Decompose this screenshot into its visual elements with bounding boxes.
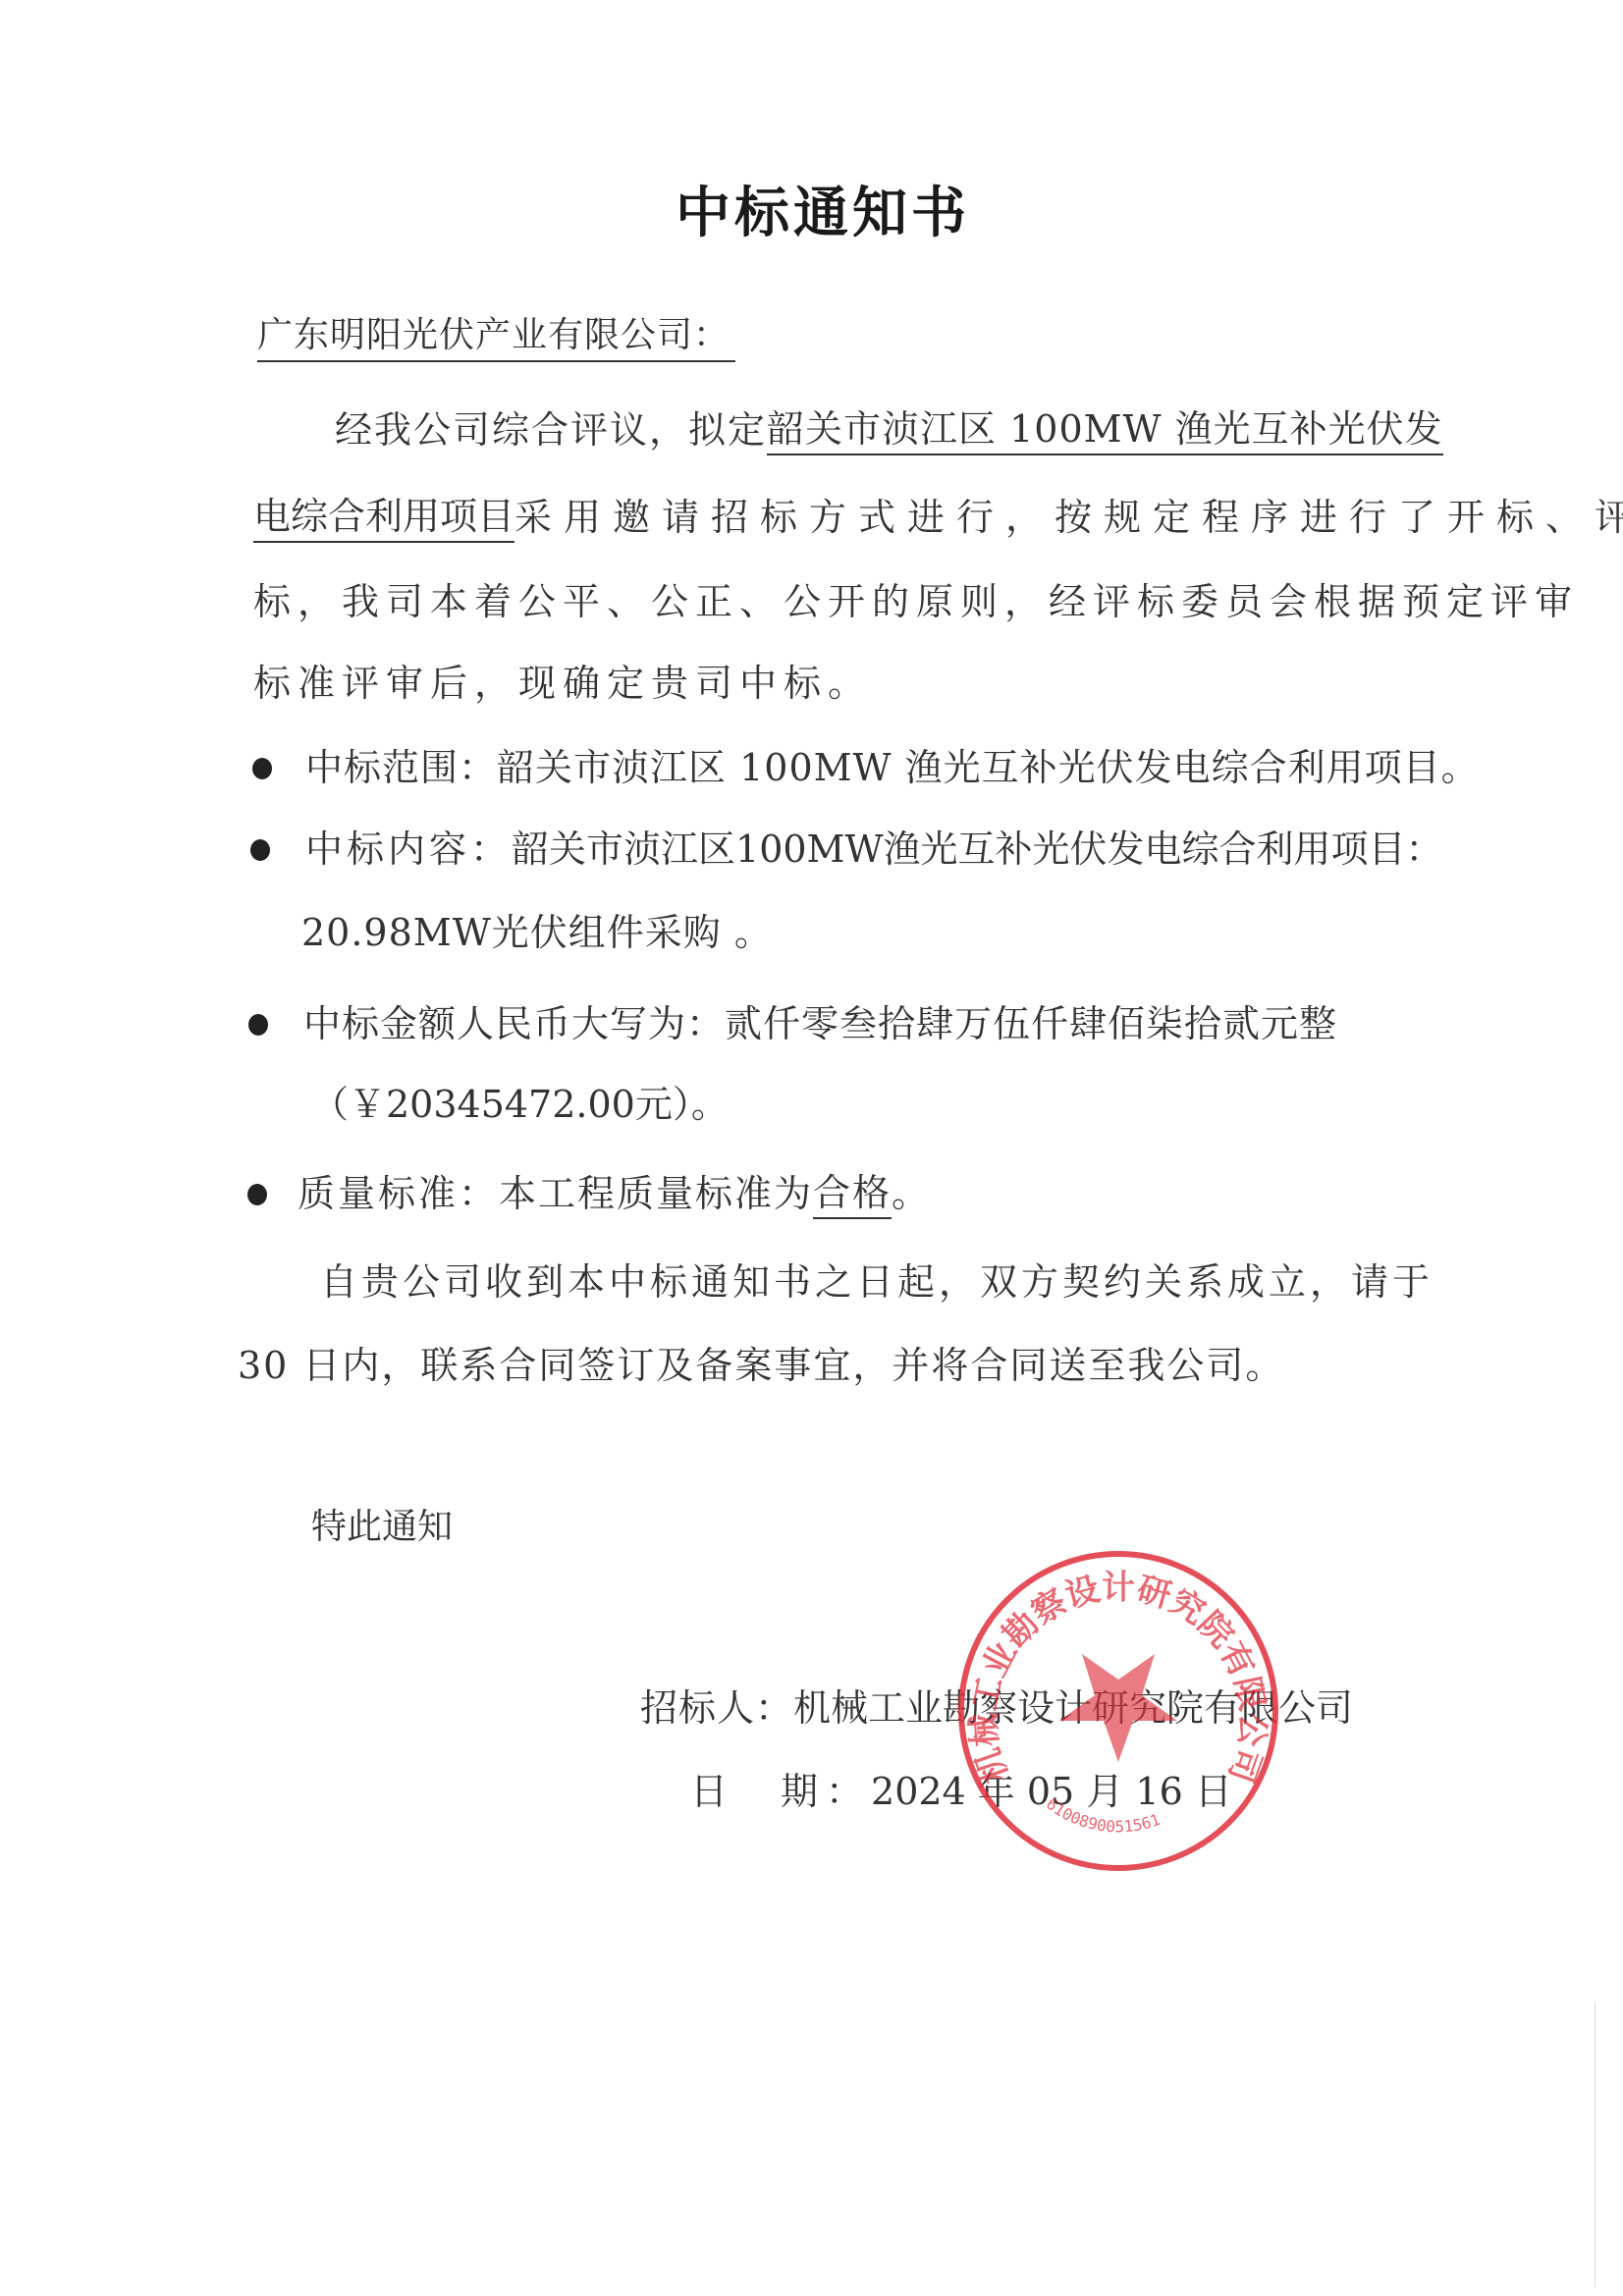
- paragraph-1-line-4: 标准评审后，现确定贵司中标。: [253, 659, 941, 708]
- addressee: 广东明阳光伏产业有限公司：: [257, 312, 750, 361]
- paragraph-2-line-1: 自贵公司收到本中标通知书之日起，双方契约关系成立，请于: [320, 1257, 1376, 1307]
- bullet-3-amount-in-words: 贰仟零叁拾肆万伍仟肆佰柒拾贰元整: [725, 999, 1337, 1048]
- paragraph-1-line-3-text: 标，我司本着公平、公正、公开的原则，经评标委员会根据预定评审: [253, 577, 1579, 626]
- paragraph-1-line-2: 电综合利用项目 采用邀请招标方式进行，按规定程序进行了开标、评: [253, 493, 1404, 542]
- paragraph-1-prefix: 经我公司综合评议，拟定: [335, 405, 767, 454]
- bullet-2-continuation: 20.98MW光伏组件采购 。: [301, 908, 891, 957]
- document-page: 中标通知书 广东明阳光伏产业有限公司： 经我公司综合评议，拟定 韶关市浈江区 1…: [0, 0, 1623, 2296]
- issuer-name: 机械工业勘察设计研究院有限公司: [793, 1683, 1353, 1733]
- bullet-1-label: 中标范围：: [305, 743, 497, 792]
- stamp-ring-text: 机械工业勘察设计研究院有限公司: [964, 1569, 1272, 1788]
- paragraph-1-line-1: 经我公司综合评议，拟定 韶关市浈江区 100MW 渔光互补光伏发: [335, 405, 1384, 454]
- bullet-3-continuation: （￥20345472.00元）。: [311, 1080, 802, 1129]
- bullet-3-label: 中标金额人民币大写为：: [303, 999, 725, 1048]
- closing-remark-text: 特此通知: [311, 1503, 453, 1552]
- addressee-text: 广东明阳光伏产业有限公司：: [257, 311, 735, 362]
- paragraph-1-line-4-text: 标准评审后，现确定贵司中标。: [253, 659, 872, 708]
- bullet-dot-1: [252, 758, 272, 779]
- bullet-1: 中标范围： 韶关市浈江区 100MW 渔光互补光伏发电综合利用项目。: [305, 743, 1376, 792]
- bullet-2-label: 中标内容：: [305, 825, 512, 874]
- bullet-4-label: 质量标准：: [298, 1169, 499, 1218]
- paragraph-2-line-2: 30 日内，联系合同签订及备案事宜，并将合同送至我公司。: [238, 1341, 1219, 1390]
- bullet-dot-4: [247, 1184, 267, 1205]
- bullet-4: 质量标准： 本工程质量标准为 合格 。: [298, 1169, 906, 1218]
- document-title-text: 中标通知书: [676, 170, 970, 248]
- bullet-2-text: 韶关市浈江区100MW渔光互补光伏发电综合利用项目：: [512, 825, 1443, 874]
- date-value: 2024 年 05 月 16 日: [871, 1767, 1232, 1816]
- date-line: 日 期： 2024 年 05 月 16 日: [690, 1767, 1201, 1816]
- bullet-dot-2: [250, 839, 270, 861]
- bullet-4-text-suffix: 。: [892, 1169, 929, 1218]
- quality-standard-value: 合格: [813, 1168, 892, 1219]
- bullet-dot-3: [248, 1014, 268, 1036]
- issuer-line: 招标人： 机械工业勘察设计研究院有限公司: [640, 1683, 1367, 1733]
- bullet-2: 中标内容： 韶关市浈江区100MW渔光互补光伏发电综合利用项目：: [305, 825, 1366, 874]
- scan-edge-line: [1595, 2002, 1596, 2287]
- bullet-1-text: 韶关市浈江区 100MW 渔光互补光伏发电综合利用项目。: [497, 743, 1480, 792]
- bullet-4-text-prefix: 本工程质量标准为: [499, 1169, 813, 1218]
- project-name-underlined-1: 韶关市浈江区 100MW 渔光互补光伏发: [767, 404, 1443, 455]
- bullet-3-amount-figures: （￥20345472.00元）。: [311, 1080, 729, 1129]
- date-label: 日 期：: [690, 1767, 871, 1816]
- paragraph-1-line-2-rest: 采用邀请招标方式进行，按规定程序进行了开标、评: [514, 493, 1623, 542]
- project-name-underlined-2: 电综合利用项目: [253, 492, 514, 543]
- bullet-2-continuation-text: 20.98MW光伏组件采购 。: [301, 908, 773, 957]
- paragraph-2-line-2-text: 30 日内，联系合同签订及备案事宜，并将合同送至我公司。: [238, 1341, 1284, 1390]
- closing-remark: 特此通知: [311, 1503, 508, 1552]
- bullet-3: 中标金额人民币大写为： 贰仟零叁拾肆万伍仟肆佰柒拾贰元整: [303, 999, 1329, 1048]
- issuer-label: 招标人：: [640, 1683, 793, 1733]
- paragraph-2-line-1-text: 自贵公司收到本中标通知书之日起，双方契约关系成立，请于: [320, 1257, 1434, 1307]
- document-title: 中标通知书: [676, 175, 970, 243]
- paragraph-1-line-3: 标，我司本着公平、公正、公开的原则，经评标委员会根据预定评审: [253, 577, 1402, 626]
